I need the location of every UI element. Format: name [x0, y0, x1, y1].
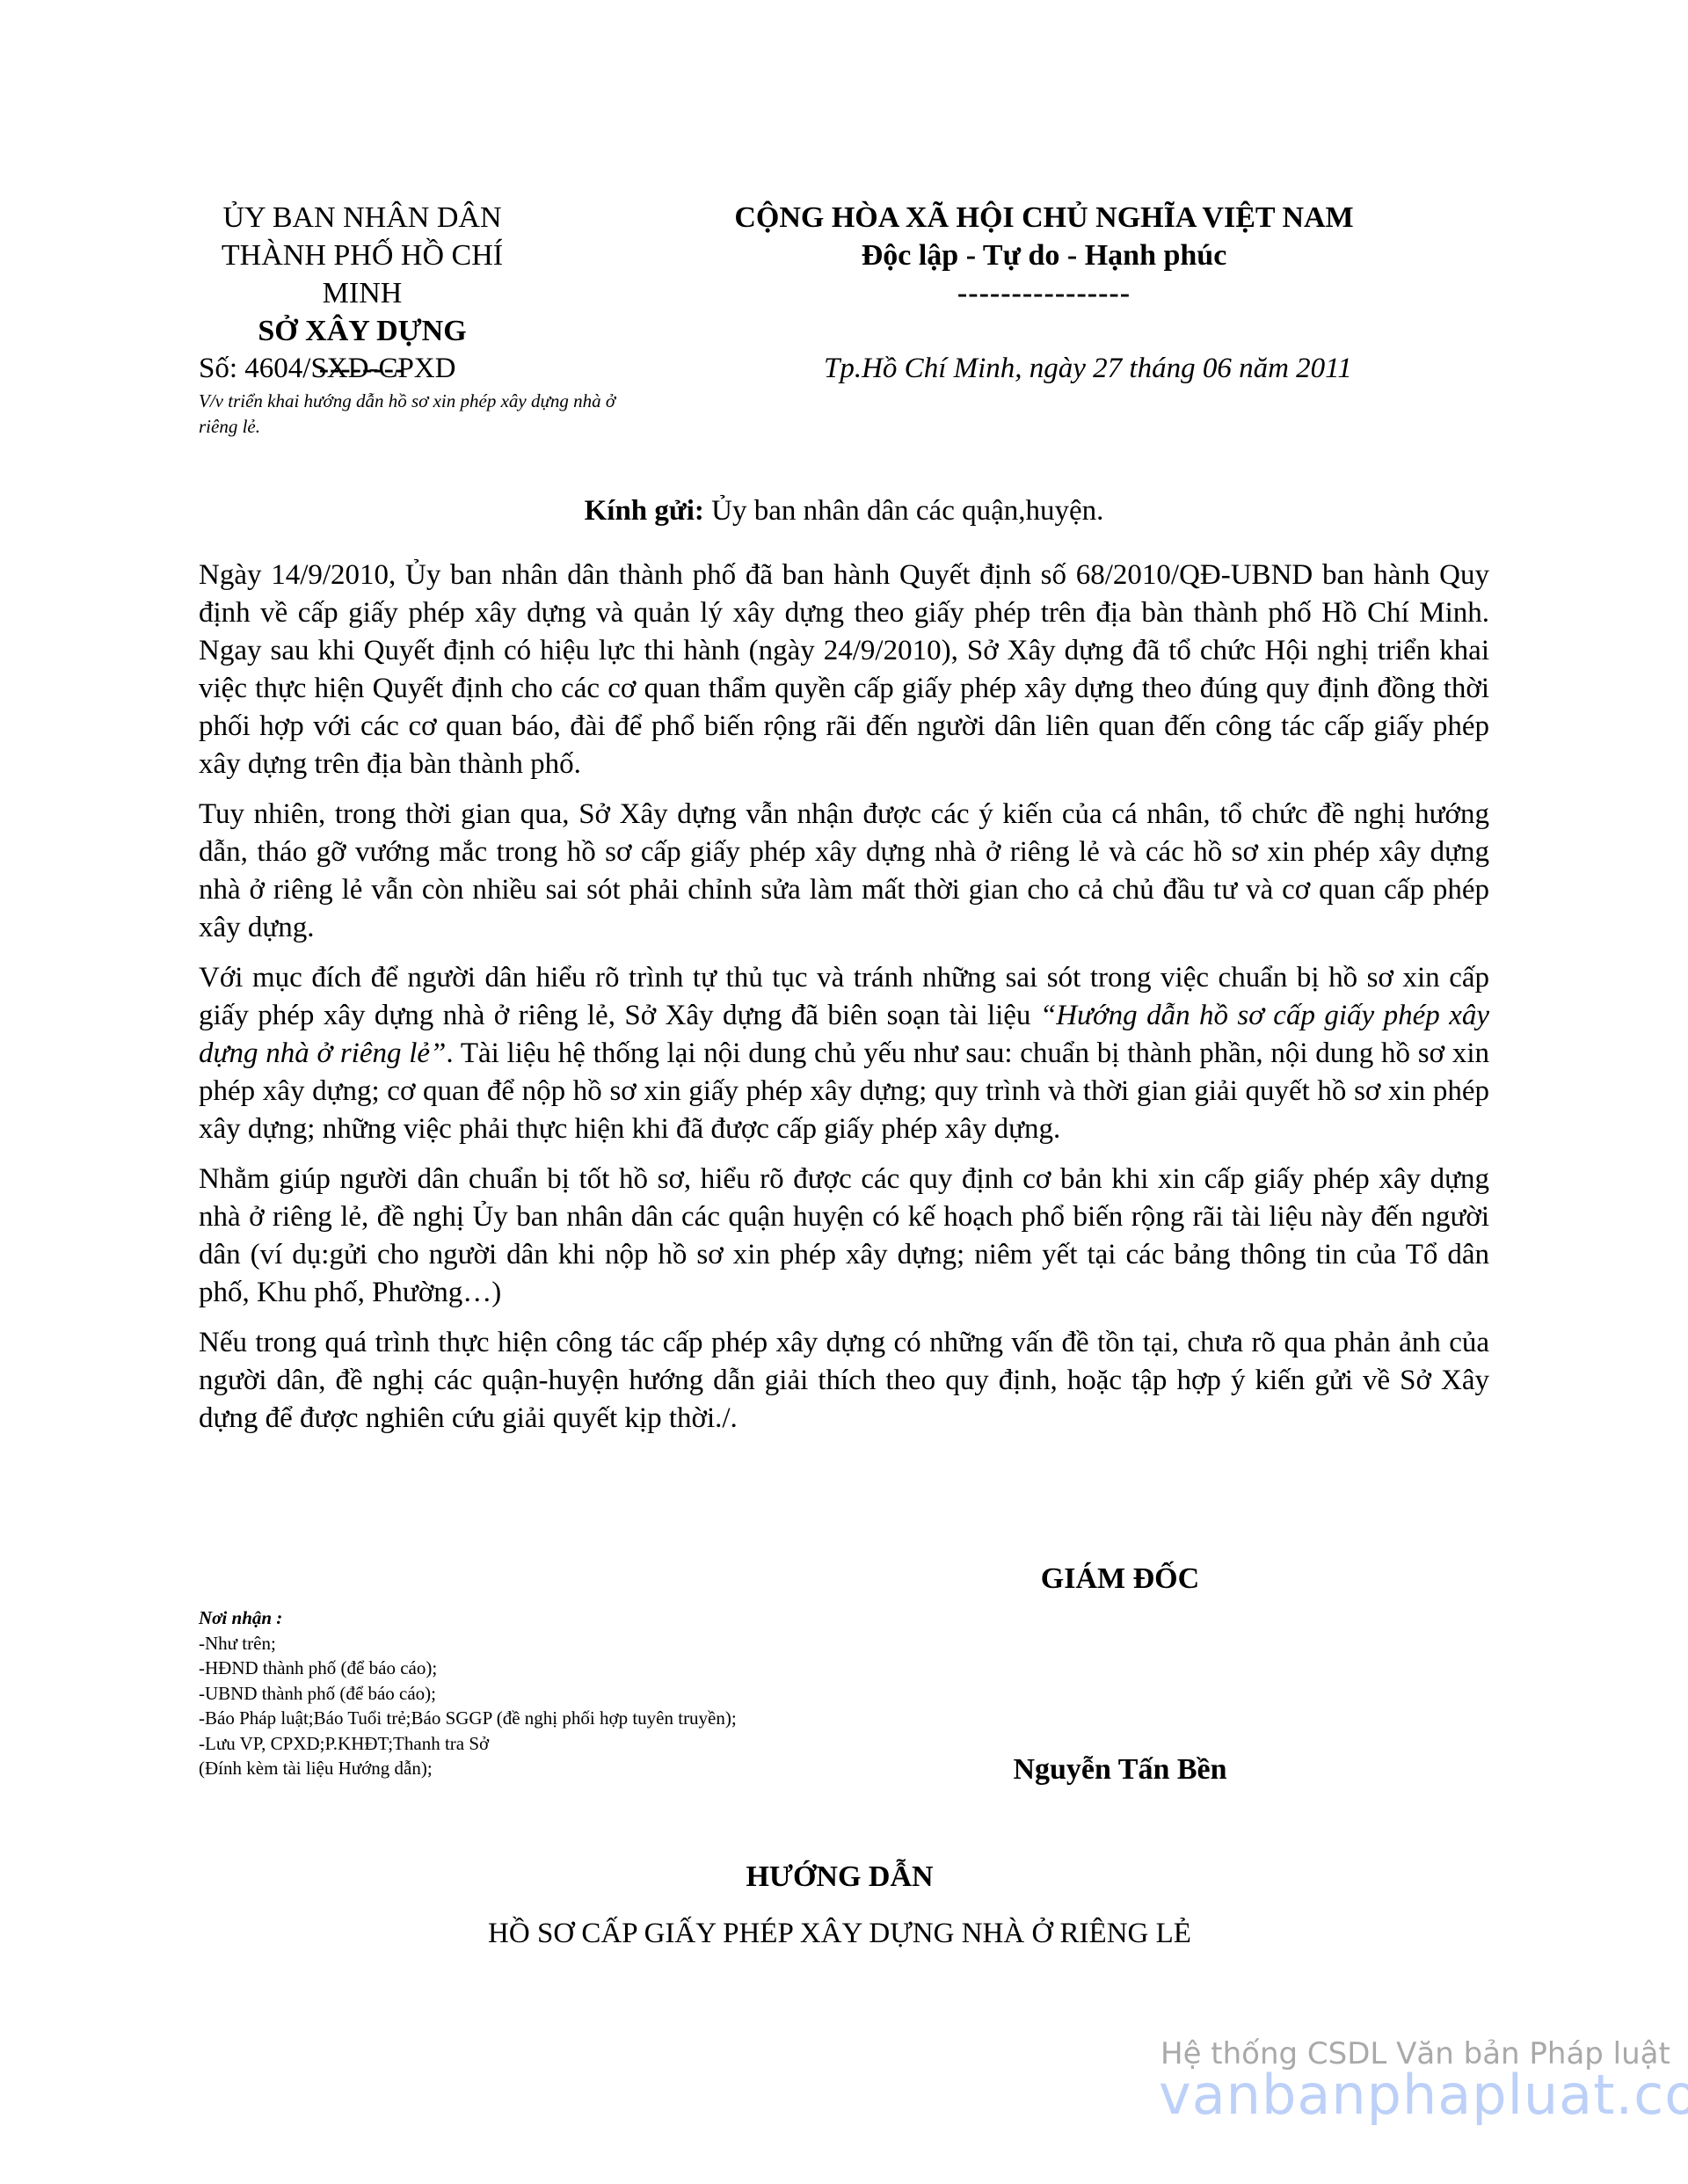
signer-name: Nguyễn Tấn Bền	[900, 1751, 1340, 1788]
recipients-heading: Nơi nhận :	[199, 1605, 797, 1631]
guide-title: HƯỚNG DẪN	[0, 1858, 1679, 1896]
recipient-item: -UBND thành phố (để báo cáo);	[199, 1681, 797, 1707]
agency-line-1: ỦY BAN NHÂN DÂN	[186, 199, 538, 237]
recipient-item: (Đính kèm tài liệu Hướng dẫn);	[199, 1756, 797, 1781]
paragraph-2: Tuy nhiên, trong thời gian qua, Sở Xây d…	[199, 796, 1489, 947]
document-date: Tp.Hồ Chí Minh, ngày 27 tháng 06 năm 201…	[824, 350, 1352, 388]
document-number: Số: 4604/SXD-CPXD	[199, 350, 455, 388]
signer-title: GIÁM ĐỐC	[944, 1560, 1296, 1598]
recipient-item: -Lưu VP, CPXD;P.KHĐT;Thanh tra Sở	[199, 1731, 797, 1757]
agency-line-2: THÀNH PHỐ HỒ CHÍ MINH	[186, 237, 538, 312]
document-subject: V/v triển khai hướng dẫn hồ sơ xin phép …	[199, 389, 621, 440]
recipient-item: -Như trên;	[199, 1631, 797, 1656]
recipient-item: -HĐND thành phố (để báo cáo);	[199, 1656, 797, 1681]
recipient-item: -Báo Pháp luật;Báo Tuổi trẻ;Báo SGGP (đề…	[199, 1706, 797, 1731]
watermark-site-link[interactable]: vanbanphapluat.co	[1159, 2063, 1688, 2127]
agency-name: SỞ XÂY DỰNG	[186, 312, 538, 350]
recipients-list: Nơi nhận : -Như trên; -HĐND thành phố (đ…	[199, 1605, 797, 1781]
paragraph-1: Ngày 14/9/2010, Ủy ban nhân dân thành ph…	[199, 557, 1489, 783]
motto-divider: ----------------	[642, 274, 1446, 312]
guide-subtitle: HỒ SƠ CẤP GIẤY PHÉP XÂY DỰNG NHÀ Ở RIÊNG…	[0, 1915, 1679, 1953]
paragraph-5: Nếu trong quá trình thực hiện công tác c…	[199, 1324, 1489, 1438]
letter-body: Ngày 14/9/2010, Ủy ban nhân dân thành ph…	[199, 479, 1489, 1450]
national-motto-header: CỘNG HÒA XÃ HỘI CHỦ NGHĨA VIỆT NAM Độc l…	[642, 199, 1446, 312]
national-motto: Độc lập - Tự do - Hạnh phúc	[642, 237, 1446, 274]
country-name: CỘNG HÒA XÃ HỘI CHỦ NGHĨA VIỆT NAM	[642, 199, 1446, 237]
paragraph-4: Nhằm giúp người dân chuẩn bị tốt hồ sơ, …	[199, 1161, 1489, 1312]
paragraph-3: Với mục đích để người dân hiểu rõ trình …	[199, 959, 1489, 1148]
